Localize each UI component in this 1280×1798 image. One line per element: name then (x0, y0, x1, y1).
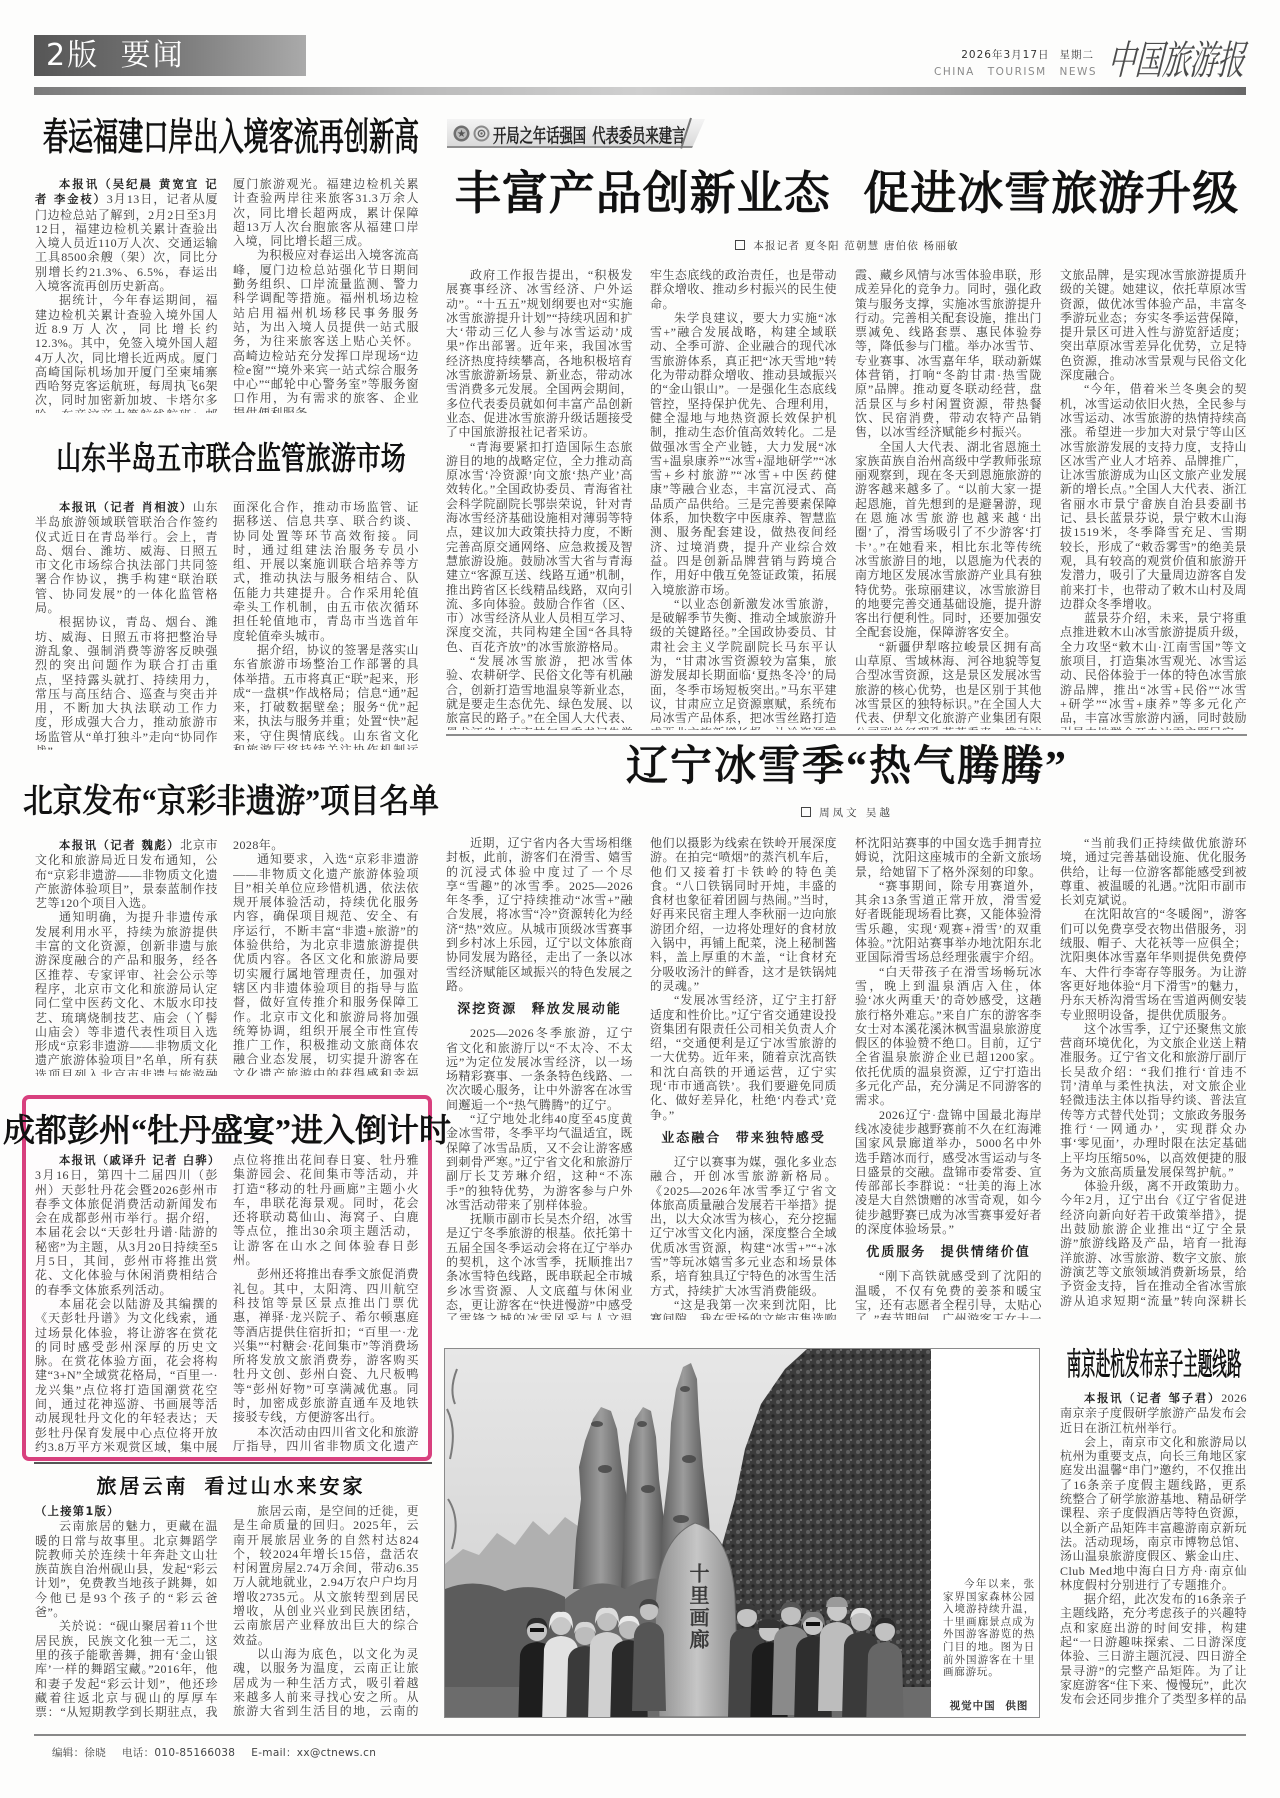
paragraph: “以业态创新激发冰雪旅游，是破解季节失衡、推动全域旅游升级的关键路径。”全国政协… (650, 597, 837, 730)
paragraph: 据介绍，此次发布的16条亲子主题线路，充分考虑孩子的兴趣特点和家庭出游的时间安排… (1060, 1592, 1247, 1707)
article-yunnan-sojourn[interactable]: 旅居云南 看过山水来安家 （上接第1版） 云南旅居的魅力，更藏在温暖的日常与故事… (30, 1468, 432, 1722)
byline-text: 本报记者 夏冬阳 范朝慧 唐伯依 杨丽敏 (753, 240, 958, 252)
issue-date-block: 2026年3月17日星期二 CHINA TOURISM NEWS (934, 49, 1094, 79)
photo-caption: 今年以来，张家界国家森林公园入境游持续升温，十里画廊景点成为外国游客游览的热门目… (943, 1579, 1035, 1680)
paragraph: “赛事期间，除专用赛道外，其余13条雪道正常开放，滑雪爱好者既能现场看比赛，又能… (855, 879, 1042, 965)
text-column: 本报讯（记者 魏彪）北京市文化和旅游局近日发布通知，公布“京彩非遗游——非物质文… (35, 838, 218, 1076)
byline-text: 周凤文 吴越 (819, 807, 893, 819)
headline-text: 丰富产品创新业态 促进冰雪旅游升级 (455, 166, 1240, 222)
paragraph: 点位将推出花间春日宴、牡丹雅集游园会、花间集市等活动，并打造“移动的牡丹画廊”主… (233, 1153, 419, 1267)
continued-from-label: （上接第1版） (35, 1504, 218, 1519)
headline: 辽宁冰雪季“热气腾腾” (444, 744, 1250, 790)
paragraph: “白天带孩子在滑雪场畅玩冰雪，晚上到温泉酒店入住，体验‘冰火两重天’的奇妙感受，… (855, 965, 1042, 1108)
headline: 旅居云南 看过山水来安家 (30, 1475, 432, 1499)
text-column: “当前我们正持续做优旅游环境，通过完善基础设施、优化服务供给，让每一位游客都能感… (1060, 836, 1247, 1308)
paragraph: 会上，南京市文化和旅游局以杭州为重要支点，向长三角地区家庭发出温馨“串门”邀约，… (1060, 1435, 1247, 1592)
subheading: 优质服务 提供情绪价值 (855, 1245, 1042, 1261)
paragraph: 这个冰雪季，辽宁还聚焦文旅营商环境优化，为文旅企业送上精准服务。辽宁省文化和旅游… (1060, 1022, 1247, 1179)
byline: 周凤文 吴越 (444, 806, 1250, 820)
headline-text: 山东半岛五市联合监管旅游市场 (56, 441, 405, 475)
headline-text: 辽宁冰雪季“热气腾腾” (626, 744, 1068, 790)
article-fujian-port-traffic[interactable]: 春运福建口岸出入境客流再创新高 本报讯（吴纪晨 黄宽宜 记者 李金枝）3月13日… (30, 114, 432, 414)
text-column: 2028年。 通知要求，入选“京彩非遗游——非物质文化遗产旅游体验项目”相关单位… (233, 838, 419, 1076)
subheading: 业态融合 带来独特感受 (650, 1131, 837, 1147)
paragraph: 本报讯（戚译升 记者 白骅）3月16日，第四十二届四川（彭州）天彭牡丹花会暨20… (35, 1153, 218, 1297)
footer-rule (34, 1734, 1246, 1736)
paragraph: “青海要紧扣打造国际生态旅游目的地的战略定位，全力推动高原冰雪‘冷资源’向文旅‘… (446, 440, 633, 654)
paragraph: 全国人大代表、湖北省恩施土家族苗族自治州高级中学教师张琼丽观察到，现在冬天到恩施… (855, 440, 1042, 640)
paragraph: 政府工作报告提出，“积极发展赛事经济、冰雪经济、户外运动”。“十五五”规划纲要也… (446, 268, 633, 440)
divider (446, 734, 1247, 736)
paragraph: 朱学良建议，要大力实施“冰雪+”融合发展战略，构建全域联动、全季可游、企业融合的… (650, 311, 837, 597)
paragraph: “新疆伊犁喀拉峻景区拥有高山草原、雪域林海、河谷地貌等复合型冰雪资源，这是景区发… (855, 640, 1042, 730)
english-name: CHINA TOURISM NEWS (934, 65, 1094, 79)
paragraph: 本次活动由四川省文化和旅游厅指导，四川省非物质文化遗产保护协会支持，成都市文化广… (233, 1425, 419, 1453)
main-headline: 丰富产品创新业态 促进冰雪旅游升级 (444, 166, 1250, 222)
paragraph: “今年，借着米兰冬奥会的契机，冰雪运动依旧火热，全民参与冰雪运动、冰雪旅游的热情… (1060, 382, 1247, 611)
series-tag-text: 开局之年话强国 代表委员来建言 (493, 121, 685, 148)
paragraph: “这是我第一次来到沈阳，比赛间隙，我在雪场的文旅市集选购了不少冰雪文创产品。美食… (650, 1298, 837, 1320)
page-footer: 编辑：徐晓电话：010-85166038E-mail：xx@ctnews.cn (52, 1745, 376, 1760)
divider (34, 1462, 432, 1464)
photo-image: 十里画廊 (445, 1349, 931, 1717)
headline-text: 南京赴杭发布亲子主题线路 (1067, 1347, 1242, 1383)
paragraph: 本届花会以陆游及其编撰的《天彭牡丹谱》为文化线索，通过场景化体验，将让游客在赏花… (35, 1297, 218, 1453)
headline: 南京赴杭发布亲子主题线路 (1058, 1347, 1250, 1383)
paragraph: 他们以摄影为线索在铁岭开展深度游。在拍完“喷烟”的蒸汽机车后，他们又接着打卡铁岭… (650, 836, 837, 993)
paragraph: 体验升级，离不开政策助力。今年2月，辽宁出台《辽宁省促进经济向新向好若干政策举措… (1060, 1179, 1247, 1308)
headline-text: 北京发布“京彩非遗游”项目名单 (23, 784, 439, 820)
byline: 本报记者 夏冬阳 范朝慧 唐伯依 杨丽敏 (444, 239, 1250, 253)
series-tag-banner: 开局之年话强国 代表委员来建言 (447, 119, 705, 148)
headline: 北京发布“京彩非遗游”项目名单 (30, 784, 432, 820)
monument-inscription: 十里画廊 (686, 1562, 709, 1651)
paragraph: 霞、藏乡风情与冰雪体验串联，形成差异化的竞争力。同时，强化政策与服务支撑，实施冰… (855, 268, 1042, 440)
text-column: 面深化合作，推动市场监管、证据移送、信息共享、联合约谈、协同处置等环节高效衔接。… (233, 500, 419, 750)
dateline-byline: 本报讯（记者 邹子君） (1084, 1392, 1221, 1405)
paragraph: “辽宁地处北纬40度至45度黄金冰雪带，冬季平均气温适宜，既保障了冰雪品质，又不… (446, 1112, 633, 1212)
article-ice-snow-tourism-upgrade[interactable]: 开局之年话强国 代表委员来建言 丰富产品创新业态 促进冰雪旅游升级 本报记者 夏… (444, 116, 1250, 732)
paragraph: 在沈阳故宫的“冬暖阁”，游客们可以免费享受衣物出借服务，羽绒服、帽子、大花袄等一… (1060, 907, 1247, 1021)
paragraph: 牢生态底线的政治责任，也是带动群众增收、推动乡村振兴的民生使命。 (650, 268, 837, 311)
text-column: 牢生态底线的政治责任，也是带动群众增收、推动乡村振兴的民生使命。 朱学良建议，要… (650, 268, 837, 730)
byline-box-icon (735, 240, 745, 250)
article-shandong-market-supervision[interactable]: 山东半岛五市联合监管旅游市场 本报讯（记者 肖相波）山东半岛旅游领域联管联治合作… (30, 434, 432, 752)
text-column: 霞、藏乡风情与冰雪体验串联，形成差异化的竞争力。同时，强化政策与服务支撑，实施冰… (855, 268, 1042, 730)
text-column: 文旅品牌，是实现冰雪旅游提质升级的关键。她建议，依托草原冰雪资源，做优冰雪体验产… (1060, 268, 1247, 730)
text-column: 本报讯（记者 肖相波）山东半岛旅游领域联管联治合作签约仪式近日在青岛举行。会上，… (35, 500, 218, 750)
paragraph: 2026辽宁·盘锦中国最北海岸线冰凌徒步越野赛前不久在红海滩国家风景廊道举办，5… (855, 1108, 1042, 1237)
headline-text: 旅居云南 看过山水来安家 (97, 1475, 366, 1499)
paragraph: 2025—2026冬季旅游，辽宁省文化和旅游厅以“不太冷、不太远”为定位发展冰雪… (446, 1026, 633, 1112)
paragraph: 以山海为底色，以文化为灵魂，以服务为温度，云南正让旅居成为一种生活方式，吸引着越… (233, 1647, 419, 1718)
paragraph: 据统计，今年春运期间，福建边检机关累计查验入境外国人近8.9万人次，同比增长约1… (35, 293, 218, 413)
paragraph: 通知要求，入选“京彩非遗游——非物质文化遗产旅游体验项目”相关单位应珍惜机遇，依… (233, 852, 419, 1076)
cppcc-emblem-icon (473, 125, 490, 142)
paragraph: 蓝景芬介绍，未来，景宁将重点推进敕木山冰雪旅游提质升级，全力攻坚“敕木山·江南雪… (1060, 611, 1247, 730)
paragraph: 关於说：“砚山聚居着11个世居民族，民族文化独一无二，这里的孩子能歌善舞，拥有‘… (35, 1619, 218, 1718)
paragraph-text: 山东半岛旅游领域联管联治合作签约仪式近日在青岛举行。会上，青岛、烟台、潍坊、威海… (35, 500, 218, 615)
paragraph-text: 3月13日，记者从厦门边检总站了解到，2月2日至3月12日，福建边检机关累计查验… (35, 192, 218, 293)
text-column: 厦门旅游观光。福建边检机关累计查验两岸往来旅客31.3万余人次，同比增长超两成，… (233, 177, 419, 413)
photo-credit: 视觉中国 供图 (939, 1698, 1039, 1713)
national-emblem-icon (453, 125, 470, 142)
section-banner: 2版 要闻 (34, 35, 306, 76)
paragraph: 2028年。 (233, 838, 419, 852)
paragraph-text: 3月16日，第四十二届四川（彭州）天彭牡丹花会暨2026彭州市春季文体旅促消费活… (35, 1168, 218, 1296)
news-photo-zhangjiajie[interactable]: 十里画廊 今年以来，张家界国家森林公园入境游持续升温，十里画廊景点成为外国游客游… (444, 1348, 1040, 1718)
headline-text: 成都彭州“牡丹盛宴”进入倒计时 (3, 1112, 451, 1148)
headline: 春运福建口岸出入境客流再创新高 (30, 118, 432, 158)
footer-phone: 电话：010-85166038 (122, 1747, 235, 1759)
paragraph: 面深化合作，推动市场监管、证据移送、信息共享、联合约谈、协同处置等环节高效衔接。… (233, 500, 419, 643)
paragraph: 旅居云南，是空间的迁徙，更是生命质量的回归。2025年，云南开展旅居业务的自然村… (233, 1504, 419, 1647)
paragraph: 本报讯（吴纪晨 黄宽宜 记者 李金枝）3月13日，记者从厦门边检总站了解到，2月… (35, 177, 218, 293)
text-column: （上接第1版） 云南旅居的魅力，更藏在温暖的日常与故事里。北京舞蹈学院教师关於连… (35, 1504, 218, 1718)
header-rule (34, 87, 1246, 95)
masthead-logo: 中国旅游报 (1103, 26, 1249, 88)
paragraph: “发展冰雪旅游，把冰雪体验、农耕研学、民俗文化等有机融合，创新打造雪地温泉等新业… (446, 654, 633, 730)
paragraph: “当前我们正持续做优旅游环境，通过完善基础设施、优化服务供给，让每一位游客都能感… (1060, 836, 1247, 907)
article-beijing-intangible-heritage[interactable]: 北京发布“京彩非遗游”项目名单 本报讯（记者 魏彪）北京市文化和旅游局近日发布通… (30, 778, 432, 1080)
text-column: 本报讯（戚译升 记者 白骅）3月16日，第四十二届四川（彭州）天彭牡丹花会暨20… (35, 1153, 218, 1453)
paragraph: 为积极应对春运出入境客流高峰，厦门边检总站强化节日期间勤务组织、口岸流量监测、警… (233, 248, 419, 413)
dateline-byline: 本报讯（记者 魏彪） (59, 839, 180, 852)
paragraph: 通知明确，为提升非遗传承发展利用水平，持续为旅游提供丰富的文化资源，创新非遗与旅… (35, 910, 218, 1076)
section-label: 2版 要闻 (46, 38, 185, 73)
text-column: 杯沈阳站赛事的中国女选手拥青拉姆说，沈阳这座城市的全新文旅场景，给她留下了格外深… (855, 836, 1042, 1320)
paragraph: 彭州还将推出春季文旅促消费礼包。其中，太阳湾、四川航空科技馆等景区景点推出门票优… (233, 1267, 419, 1424)
headline-text: 春运福建口岸出入境客流再创新高 (43, 118, 419, 158)
text-column: 近期，辽宁省内各大雪场相继封板，此前，游客们在滑雪、嬉雪的沉浸式体验中度过了一个… (446, 836, 633, 1320)
footer-email: E-mail：xx@ctnews.cn (251, 1747, 376, 1759)
text-column: 政府工作报告提出，“积极发展赛事经济、冰雪经济、户外运动”。“十五五”规划纲要也… (446, 268, 633, 730)
byline-box-icon (801, 807, 811, 817)
paragraph: “刚下高铁就感受到了沈阳的温暖，不仅有免费的姜茶和暖宝宝，还有志愿者全程引导，太… (855, 1269, 1042, 1320)
issue-weekday: 星期二 (1060, 49, 1095, 61)
text-column: 点位将推出花间春日宴、牡丹雅集游园会、花间集市等活动，并打造“移动的牡丹画廊”主… (233, 1153, 419, 1453)
text-column: 旅居云南，是空间的迁徙，更是生命质量的回归。2025年，云南开展旅居业务的自然村… (233, 1504, 419, 1718)
paragraph: 根据协议，青岛、烟台、潍坊、威海、日照五市将把整治导游乱象、强制消费等游客反映强… (35, 615, 218, 750)
paragraph: 厦门旅游观光。福建边检机关累计查验两岸往来旅客31.3万余人次，同比增长超两成，… (233, 177, 419, 248)
text-column: 他们以摄影为线索在铁岭开展深度游。在拍完“喷烟”的蒸汽机车后，他们又接着打卡铁岭… (650, 836, 837, 1320)
article-pengzhou-peony-highlighted[interactable]: 成都彭州“牡丹盛宴”进入倒计时 本报讯（戚译升 记者 白骅）3月16日，第四十二… (22, 1095, 432, 1461)
text-column: 本报讯（记者 邹子君）2026南京亲子度假研学旅游产品发布会近日在浙江杭州举行。… (1060, 1391, 1247, 1707)
article-liaoning-ice-snow-season[interactable]: 辽宁冰雪季“热气腾腾” 周凤文 吴越 近期，辽宁省内各大雪场相继封板，此前，游客… (444, 740, 1250, 1322)
series-tag-label: 开局之年话强国 代表委员来建言 (493, 121, 768, 147)
paragraph: “发展冰雪经济，辽宁主打舒适度和性价比。”辽宁省交通建设投资集团有限责任公司相关… (650, 993, 837, 1122)
paragraph: 本报讯（记者 邹子君）2026南京亲子度假研学旅游产品发布会近日在浙江杭州举行。 (1060, 1391, 1247, 1435)
dateline-byline: 本报讯（戚译升 记者 白骅） (59, 1154, 218, 1167)
subheading: 深挖资源 释放发展动能 (446, 1002, 633, 1018)
paragraph: 近期，辽宁省内各大雪场相继封板，此前，游客们在滑雪、嬉雪的沉浸式体验中度过了一个… (446, 836, 633, 993)
paragraph: 本报讯（记者 魏彪）北京市文化和旅游局近日发布通知，公布“京彩非遗游——非物质文… (35, 838, 218, 910)
issue-date: 2026年3月17日 (961, 49, 1049, 61)
date-line: 2026年3月17日星期二 (934, 49, 1094, 62)
text-column: 本报讯（吴纪晨 黄宽宜 记者 李金枝）3月13日，记者从厦门边检总站了解到，2月… (35, 177, 218, 413)
article-nanjing-family-routes[interactable]: 南京赴杭发布亲子主题线路 本报讯（记者 邹子君）2026南京亲子度假研学旅游产品… (1058, 1342, 1250, 1714)
dateline-byline: 本报讯（记者 肖相波） (59, 501, 193, 514)
paragraph: 抚顺市副市长吴杰介绍，冰雪是辽宁冬季旅游的根基。依托第十五届全国冬季运动会将在辽… (446, 1212, 633, 1320)
paragraph: 文旅品牌，是实现冰雪旅游提质升级的关键。她建议，依托草原冰雪资源，做优冰雪体验产… (1060, 268, 1247, 382)
headline: 山东半岛五市联合监管旅游市场 (30, 441, 432, 475)
masthead-text: 中国旅游报 (1106, 29, 1247, 86)
paragraph: 云南旅居的魅力，更藏在温暖的日常与故事里。北京舞蹈学院教师关於连续十年奔赴文山壮… (35, 1519, 218, 1619)
footer-editor: 编辑：徐晓 (52, 1747, 106, 1759)
paragraph: 辽宁以赛事为媒，强化多业态融合，开创冰雪旅游新格局。《2025—2026年冰雪季… (650, 1155, 837, 1298)
paragraph: 杯沈阳站赛事的中国女选手拥青拉姆说，沈阳这座城市的全新文旅场景，给她留下了格外深… (855, 836, 1042, 879)
paragraph: 本报讯（记者 肖相波）山东半岛旅游领域联管联治合作签约仪式近日在青岛举行。会上，… (35, 500, 218, 615)
headline: 成都彭州“牡丹盛宴”进入倒计时 (26, 1112, 428, 1148)
newspaper-page: 2版 要闻 2026年3月17日星期二 CHINA TOURISM NEWS 中… (0, 0, 1280, 1798)
continued-from-text: （上接第1版） (35, 1505, 120, 1518)
paragraph: 据介绍，协议的签署是落实山东省旅游市场整治工作部署的具体举措。五市将真正“联”起… (233, 643, 419, 750)
